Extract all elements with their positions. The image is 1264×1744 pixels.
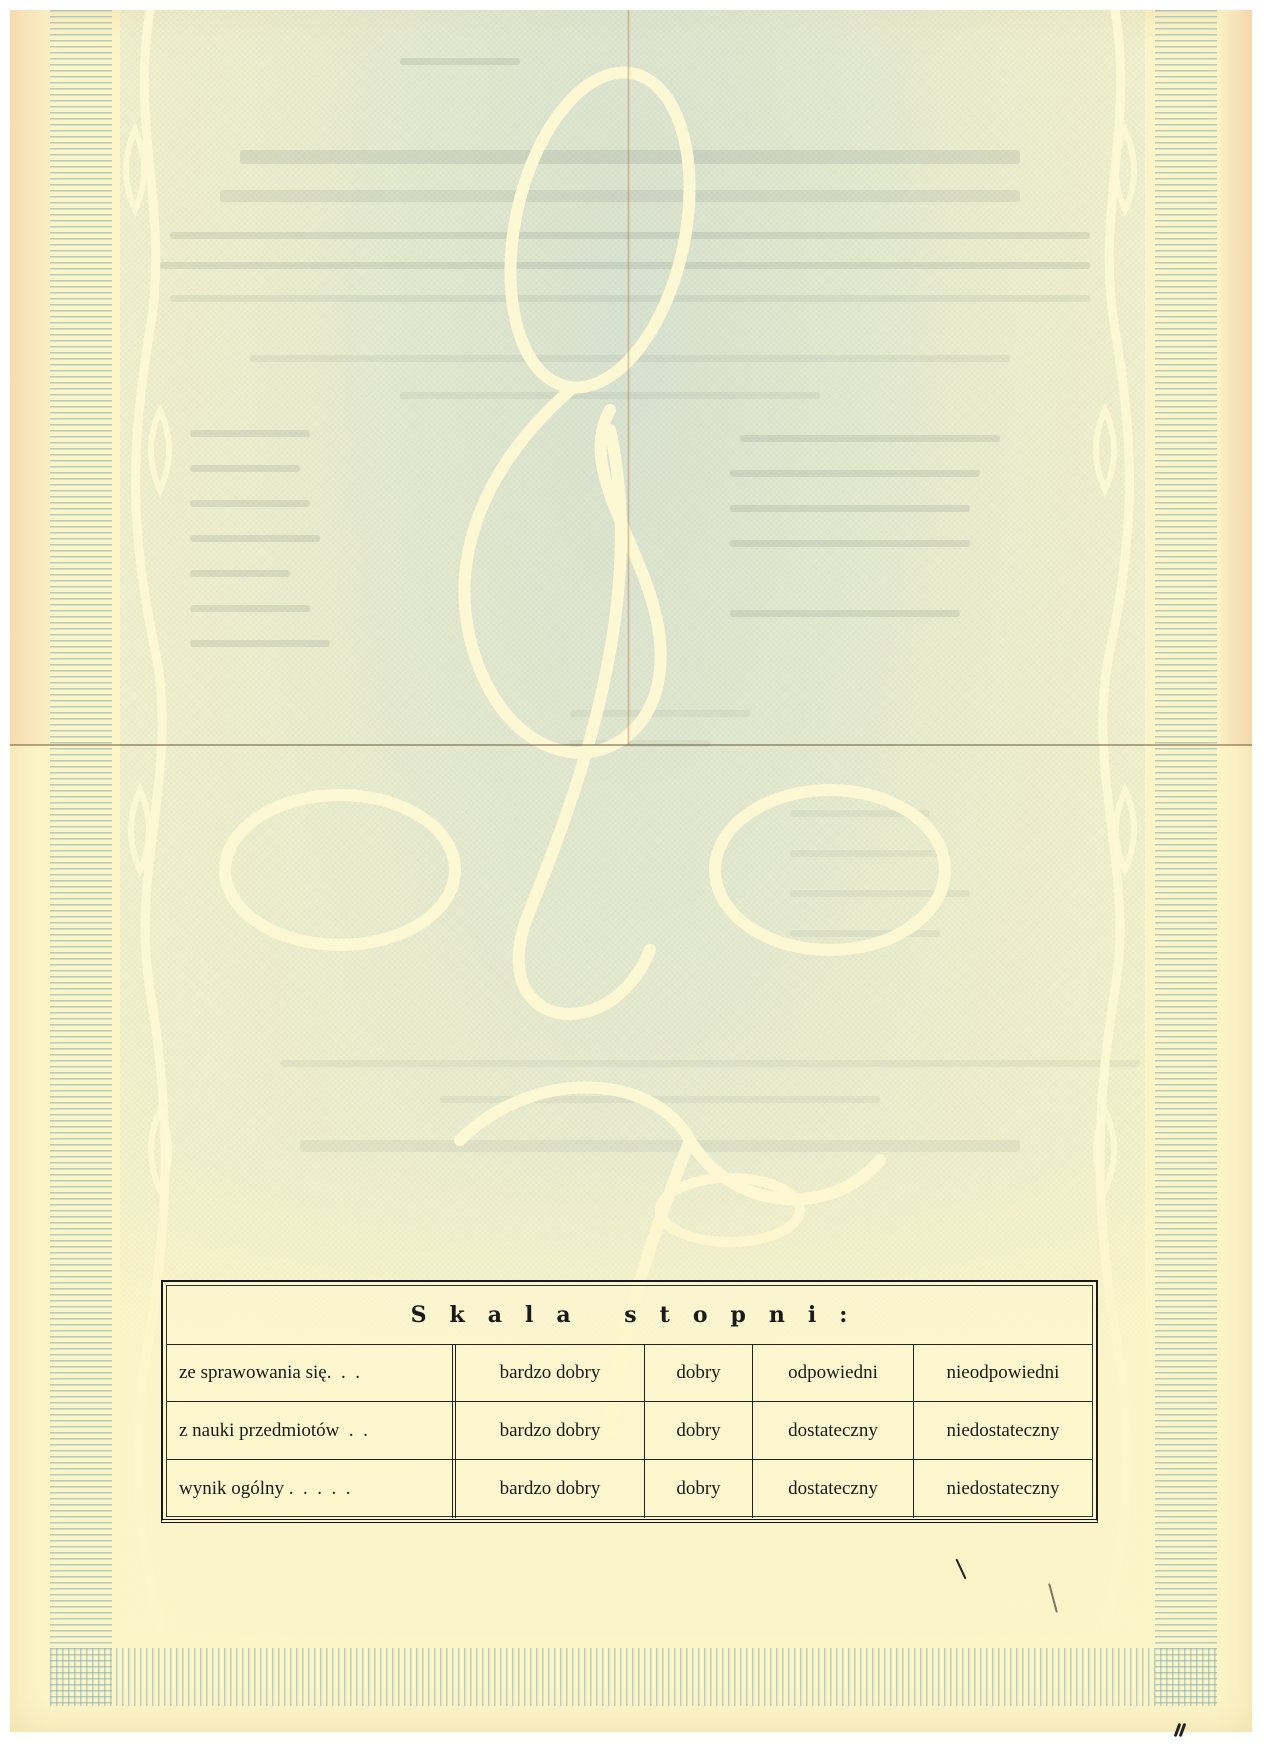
table-row-subjects: z nauki przedmiotów . . bardzo dobry dob… [167, 1402, 1092, 1460]
paper-fold-vertical [627, 10, 630, 745]
paper-stain-left [10, 10, 50, 745]
grade-cell: dostateczny [753, 1402, 914, 1459]
table-row-overall: wynik ogólny . . . . . bardzo dobry dobr… [167, 1460, 1092, 1518]
grading-scale-frame: Skala stopni: ze sprawowania się. . . ba… [166, 1285, 1093, 1517]
grade-cell: odpowiedni [753, 1345, 914, 1401]
guilloche-border-bottom [50, 1648, 1217, 1706]
grade-cell: dobry [645, 1402, 753, 1459]
grading-scale-table: Skala stopni: ze sprawowania się. . . ba… [161, 1280, 1098, 1523]
certificate-page: Skala stopni: ze sprawowania się. . . ba… [10, 10, 1252, 1732]
paper-stain-right [1220, 10, 1252, 745]
table-row-conduct: ze sprawowania się. . . bardzo dobry dob… [167, 1345, 1092, 1402]
guilloche-border-left [50, 10, 112, 1706]
row-label: z nauki przedmiotów . . [167, 1402, 456, 1459]
grade-cell: dobry [645, 1460, 753, 1518]
grade-cell: niedostateczny [914, 1402, 1092, 1459]
grading-scale-title: Skala stopni: [167, 1286, 1092, 1345]
grade-cell: nieodpowiedni [914, 1345, 1092, 1401]
grade-cell: dostateczny [753, 1460, 914, 1518]
grade-cell: bardzo dobry [456, 1345, 645, 1401]
grade-cell: dobry [645, 1345, 753, 1401]
row-label: wynik ogólny . . . . . [167, 1460, 456, 1518]
grade-cell: niedostateczny [914, 1460, 1092, 1518]
grade-cell: bardzo dobry [456, 1460, 645, 1518]
grade-cell: bardzo dobry [456, 1402, 645, 1459]
guilloche-border-right [1155, 10, 1217, 1706]
row-label: ze sprawowania się. . . [167, 1345, 456, 1401]
paper-fold-horizontal [10, 744, 1252, 746]
